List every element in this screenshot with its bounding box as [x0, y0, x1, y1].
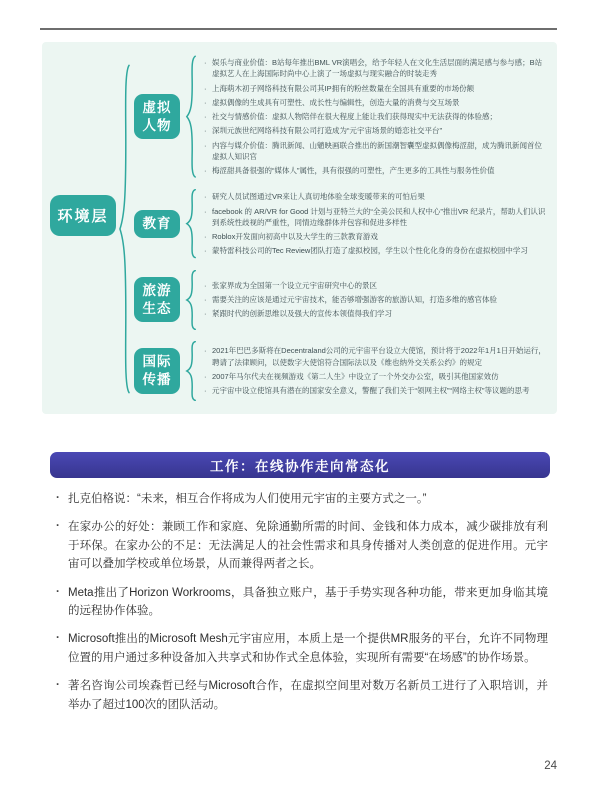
diagram-bullet: 梅涩甜具备很强的“媒体人”属性，具有很强的可塑性，产生更多的工具性与服务性价值	[203, 165, 547, 176]
body-bullet: 在家办公的好处：兼顾工作和家庭、免除通勤所需的时间、金钱和体力成本，减少碳排放有…	[56, 518, 548, 574]
branch-virtual-characters: 虚拟人物 娱乐与商业价值：B站每年推出BML VR演唱会，给予年轻人在文化生活层…	[134, 54, 547, 179]
curly-brace-icon	[185, 55, 197, 178]
curly-brace-icon	[185, 270, 197, 330]
branch-tourism-ecology: 旅游生态 张家界成为全国第一个设立元宇宙研究中心的景区 需要关注的应该是通过元宇…	[134, 269, 547, 331]
branch-item-list: 2021年巴巴多斯将在Decentraland公司的元宇宙平台设立大使馆，预计将…	[203, 342, 547, 399]
branch-node-label: 虚拟人物	[134, 94, 180, 139]
curly-brace-icon	[185, 341, 197, 401]
diagram-bullet: 元宇宙中设立使馆具有潜在的国家安全意义，警醒了我们关于“领网主权”“网络主权”等…	[203, 385, 547, 396]
diagram-bullet: Roblox开发面向初高中以及大学生的三款教育游戏	[203, 231, 547, 242]
diagram-bullet: 蒙特雷科技公司的Tec Review团队打造了虚拟校园，学生以个性化化身的身份在…	[203, 245, 547, 256]
document-page: { "colors": { "accent_teal": "#2fa89e", …	[0, 0, 600, 789]
diagram-bullet: 紧跟时代的创新思维以及强大的宣传本领值得我们学习	[203, 308, 547, 319]
body-bullet: Microsoft推出的Microsoft Mesh元宇宙应用，本质上是一个提供…	[56, 630, 548, 667]
body-bullet: 著名咨询公司埃森哲已经与Microsoft合作，在虚拟空间里对数万名新员工进行了…	[56, 677, 548, 714]
branch-item-list: 娱乐与商业价值：B站每年推出BML VR演唱会，给予年轻人在文化生活层面的满足感…	[203, 54, 547, 179]
diagram-panel: 环境层 虚拟人物 娱乐与商业价值：B站每年推出BML VR演唱会，给予年轻人在文…	[42, 42, 557, 414]
diagram-bullet: 上海萌木初子网络科技有限公司其IP拥有的粉丝数量在全国具有重要的市场份额	[203, 83, 547, 94]
diagram-bullet: 研究人员试图通过VR来让人真切地体验全球变暖带来的可怕后果	[203, 191, 547, 202]
curly-brace-icon	[118, 62, 131, 396]
top-divider	[40, 28, 557, 30]
page-number: 24	[544, 760, 557, 772]
body-bullet: Meta推出了Horizon Workrooms，具备独立账户，基于手势实现各种…	[56, 584, 548, 621]
section-bullet-list: 扎克伯格说：“未来，相互合作将成为人们使用元宇宙的主要方式之一。” 在家办公的好…	[56, 490, 548, 724]
diagram-root-node: 环境层	[50, 195, 116, 236]
branch-node-label: 旅游生态	[134, 277, 180, 322]
branch-international-communication: 国际传播 2021年巴巴多斯将在Decentraland公司的元宇宙平台设立大使…	[134, 340, 547, 402]
diagram-bullet: 娱乐与商业价值：B站每年推出BML VR演唱会，给予年轻人在文化生活层面的满足感…	[203, 57, 547, 80]
diagram-bullet: 张家界成为全国第一个设立元宇宙研究中心的景区	[203, 280, 547, 291]
diagram-bullet: 2021年巴巴多斯将在Decentraland公司的元宇宙平台设立大使馆，预计将…	[203, 345, 547, 368]
branch-item-list: 张家界成为全国第一个设立元宇宙研究中心的景区 需要关注的应该是通过元宇宙技术，能…	[203, 277, 547, 323]
diagram-bullet: facebook 的 AR/VR for Good 计划与亚特兰大的“全美公民和…	[203, 206, 547, 229]
diagram-bullet: 2007年马尔代夫在视频游戏《第二人生》中设立了一个外交办公室，吸引其他国家效仿	[203, 371, 547, 382]
section-header-bar: 工作：在线协作走向常态化	[50, 452, 550, 478]
diagram-bullet: 虚拟偶像的生成具有可塑性、成长性与编辑性，创造大量的消费与交互场景	[203, 97, 547, 108]
branch-item-list: 研究人员试图通过VR来让人真切地体验全球变暖带来的可怕后果 facebook 的…	[203, 188, 547, 259]
section-title: 工作：在线协作走向常态化	[210, 455, 390, 475]
branch-education: 教育 研究人员试图通过VR来让人真切地体验全球变暖带来的可怕后果 faceboo…	[134, 188, 547, 259]
curly-brace-icon	[185, 189, 197, 258]
diagram-bullet: 深圳元族世纪网络科技有限公司打造成为“元宇宙场景的婚恋社交平台”	[203, 125, 547, 136]
diagram-bullet: 需要关注的应该是通过元宇宙技术，能否够增强游客的旅游认知，打造多维的感官体验	[203, 294, 547, 305]
diagram-branches: 虚拟人物 娱乐与商业价值：B站每年推出BML VR演唱会，给予年轻人在文化生活层…	[134, 42, 553, 414]
branch-node-label: 国际传播	[134, 348, 180, 393]
diagram-bullet: 内容与媒介价值：腾讯新闻、山魈映画联合推出的新国潮智囊型虚拟偶像梅涩甜，成为腾讯…	[203, 140, 547, 163]
diagram-bullet: 社交与情感价值：虚拟人物陪伴在很大程度上能让我们获得现实中无法获得的体验感；	[203, 111, 547, 122]
body-bullet: 扎克伯格说：“未来，相互合作将成为人们使用元宇宙的主要方式之一。”	[56, 490, 548, 509]
branch-node-label: 教育	[134, 210, 180, 238]
